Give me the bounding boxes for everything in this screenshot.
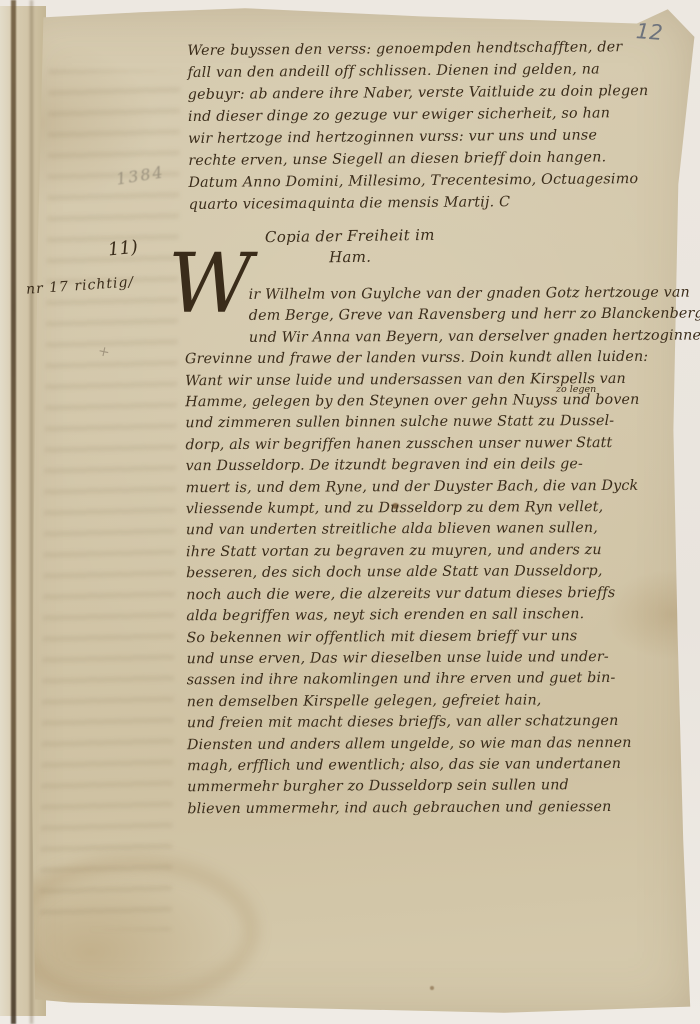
manuscript-line: dem Berge, Greve van Ravensberg und herr… [185, 304, 653, 328]
ink-speck [430, 986, 434, 990]
interline-insertion-note: zo legen [556, 384, 596, 395]
manuscript-line: ir Wilhelm von Guylche van der gnaden Go… [185, 283, 653, 307]
manuscript-line: Datum Anno Domini, Millesimo, Trecentesi… [188, 168, 650, 194]
manuscript-line: alda begriffen was, neyt sich erenden en… [186, 604, 654, 628]
gutter-crease-soft [30, 0, 33, 1024]
manuscript-line: Diensten und anders allem ungelde, so wi… [187, 732, 655, 756]
manuscript-line: und van underten streitliche alda blieve… [186, 518, 654, 542]
manuscript-line: noch auch die were, die alzereits vur da… [186, 582, 654, 606]
manuscript-line: muert is, und dem Ryne, und der Duyster … [186, 475, 654, 499]
margin-item-number: 11) [107, 236, 139, 260]
manuscript-line: magh, erfflich und ewentlich; also, das … [187, 754, 655, 778]
manuscript-line: So bekennen wir offentlich mit diesem br… [186, 625, 654, 649]
manuscript-line: ummermehr burgher zo Dusseldorp sein sul… [187, 775, 655, 799]
manuscript-line: und zimmeren sullen binnen sulche nuwe S… [185, 411, 653, 435]
bleed-through-ghost-text [40, 69, 181, 930]
manuscript-photo: 12 Were buyssen den verss: genoempden he… [0, 0, 700, 1024]
manuscript-line: nen demselben Kirspelle gelegen, gefreie… [187, 689, 655, 713]
manuscript-line: blieven ummermehr, ind auch gebrauchen u… [187, 797, 655, 821]
manuscript-line: und freien mit macht dieses brieffs, van… [187, 711, 655, 735]
manuscript-line: und unse erven, Das wir dieselben unse l… [187, 647, 655, 671]
manuscript-line: Grevinne und frawe der landen vurss. Doi… [185, 347, 653, 371]
manuscript-line: vliessende kumpt, und zu Dusseldorp zu d… [186, 497, 654, 521]
gutter-crease-line [11, 0, 16, 1024]
manuscript-line: dorp, als wir begriffen hanen zusschen u… [185, 433, 653, 457]
water-stain [8, 856, 258, 1006]
closing-paragraph: Were buyssen den verss: genoempden hendt… [187, 36, 651, 216]
manuscript-line: sassen ind ihre nakomlingen und ihre erv… [187, 668, 655, 692]
manuscript-line: ihre Statt vortan zu begraven zu muyren,… [186, 540, 654, 564]
charter-body-text: ir Wilhelm von Guylche van der gnaden Go… [185, 283, 656, 821]
manuscript-line: van Dusseldorp. De itzundt begraven ind … [185, 454, 653, 478]
manuscript-line: quarto vicesimaquinta die mensis Martij.… [189, 190, 651, 216]
manuscript-line: und Wir Anna van Beyern, van derselver g… [185, 326, 653, 350]
manuscript-line: besseren, des sich doch unse alde Statt … [186, 561, 654, 585]
